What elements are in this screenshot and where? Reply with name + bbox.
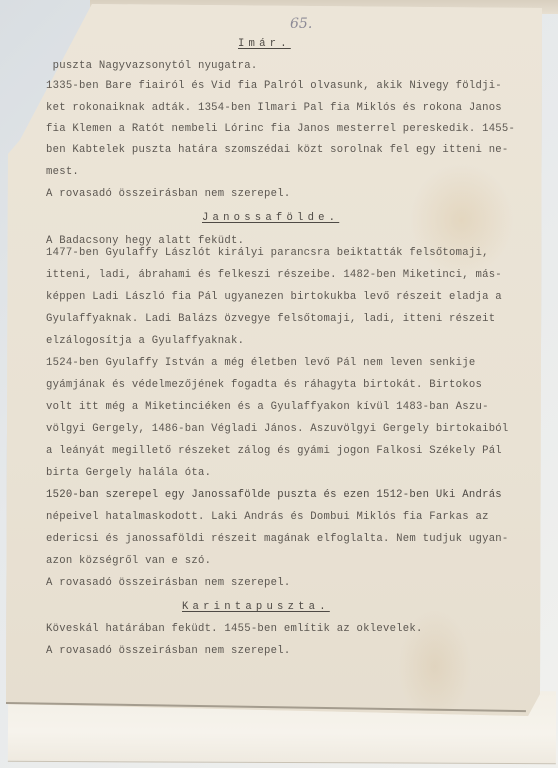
text-line: ben Kabtelek puszta határa szomszédai kö…: [46, 144, 509, 156]
text-line: népeivel hatalmaskodott. Laki András és …: [46, 511, 489, 523]
text-line: A Badacsony hegy alatt feküdt.: [46, 235, 244, 247]
text-line: mest.: [46, 166, 79, 178]
text-line: edericsi és janossaföldi részeit magának…: [46, 533, 509, 545]
text-line: itteni, ladi, ábrahami és felkeszi része…: [46, 269, 502, 281]
text-line: azon községről van e szó.: [46, 555, 211, 567]
text-line: A rovasadó összeirásban nem szerepel.: [46, 188, 290, 200]
text-line: A rovasadó összeirásban nem szerepel.: [46, 577, 290, 589]
text-line: birta Gergely halála óta.: [46, 467, 211, 479]
text-line: völgyi Gergely, 1486-ban Végladi János. …: [46, 423, 509, 435]
text-line: 1524-ben Gyulaffy István a még életben l…: [46, 357, 475, 369]
text-line: képpen Ladi László fia Pál ugyanezen bir…: [46, 291, 502, 303]
text-line: 1477-ben Gyulaffy Lászlót királyi paranc…: [46, 247, 489, 259]
text-line: ket rokonaiknak adták. 1354-ben Ilmari P…: [46, 102, 502, 114]
section-heading-janossafolde: Janossafölde.: [202, 212, 339, 224]
text-line: volt itt még a Miketinciéken és a Gyulaf…: [46, 401, 489, 413]
text-line: 1335-ben Bare fiairól és Vid fia Palról …: [46, 80, 502, 92]
section-heading-karintapuszta: Karintapuszta.: [182, 601, 330, 613]
text-line: a leányát megillető részeket zálog és gy…: [46, 445, 502, 457]
text-line: A rovasadó összeirásban nem szerepel.: [46, 645, 290, 657]
text-line: puszta Nagyvazsonytól nyugatra.: [46, 60, 257, 72]
section-heading-imar: Imár.: [238, 38, 291, 50]
handwritten-page-number: 65.: [290, 16, 312, 32]
text-line: elzálogosítja a Gyulaffyaknak.: [46, 335, 244, 347]
text-line: 1520-ban szerepel egy Janossafölde puszt…: [46, 489, 502, 501]
text-line: Gyulaffyaknak. Ladi Balázs özvegye felső…: [46, 313, 495, 325]
text-line: Köveskál határában feküdt. 1455-ben emlí…: [46, 623, 423, 635]
text-line: fia Klemen a Ratót nembeli Lórinc fia Ja…: [46, 123, 515, 135]
text-line: gyámjának és védelmezőjének fogadta és r…: [46, 379, 482, 391]
